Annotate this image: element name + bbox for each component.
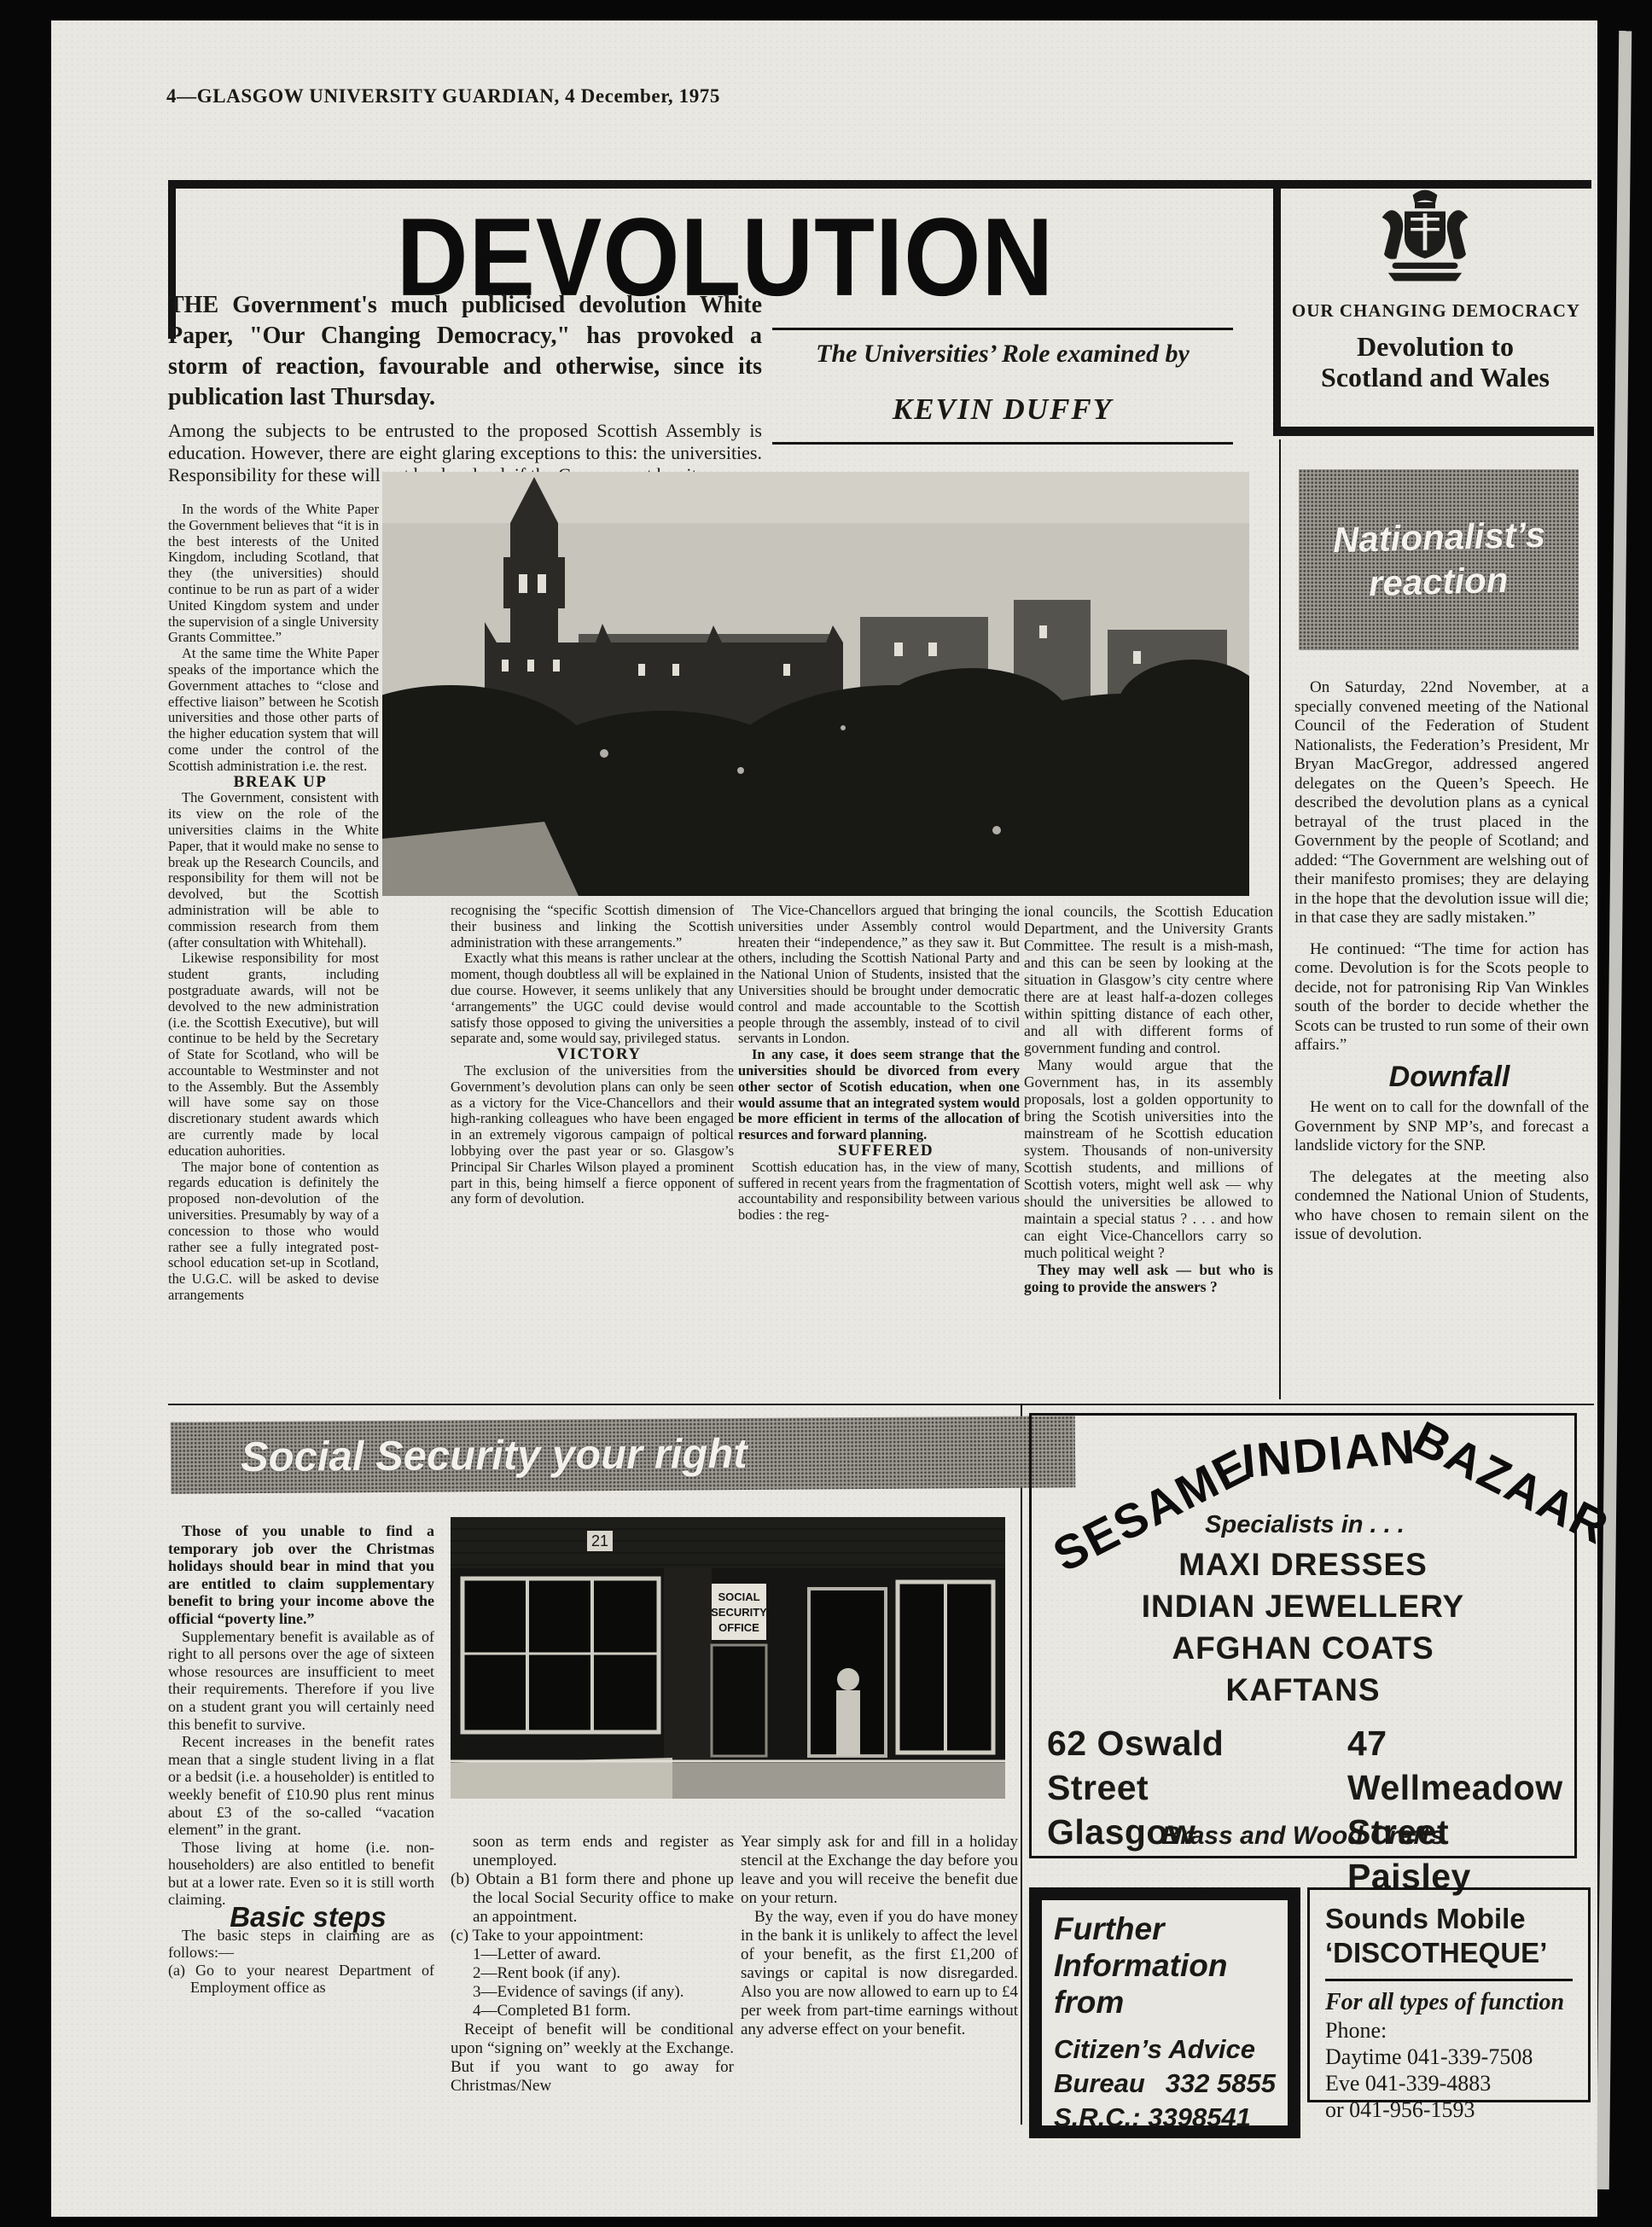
crest-label: OUR CHANGING DEMOCRACY xyxy=(1277,300,1595,322)
paragraph: Scottish education has, in the view of m… xyxy=(738,1160,1020,1224)
royal-crest-icon xyxy=(1374,186,1476,290)
ad-phone: or 041-956-1593 xyxy=(1325,2096,1573,2123)
ad-phone: Eve 041-339-4883 xyxy=(1325,2070,1573,2096)
photo-street-number: 21 xyxy=(591,1532,608,1550)
ad-title-line: from xyxy=(1054,1984,1276,2021)
sidebar-left-rule xyxy=(1279,439,1281,1399)
ad-arc-word: INDIAN xyxy=(1240,1418,1419,1489)
svg-text:SOCIAL: SOCIAL xyxy=(718,1590,759,1603)
ad-src-line: S.R.C.: 3398541 xyxy=(1054,2101,1276,2135)
paragraph: Recent increases in the benefit rates me… xyxy=(168,1733,434,1839)
ad-item: KAFTANS xyxy=(1032,1669,1574,1711)
ad-phone-line: Bureau 332 5855 xyxy=(1054,2067,1276,2101)
section-heading-suffered: SUFFERED xyxy=(738,1143,1020,1160)
paragraph: He went on to call for the downfall of t… xyxy=(1294,1098,1589,1156)
ad-divider-rule xyxy=(1325,1979,1573,1981)
paragraph: He continued: “The time for action has c… xyxy=(1294,940,1589,1055)
paragraph: The Vice-Chancellors argued that bringin… xyxy=(738,903,1020,1047)
article-column-2: recognising the “specific Scottish dimen… xyxy=(451,903,734,1207)
paragraph: The major bone of contention as regards … xyxy=(168,1160,379,1304)
paragraph: In the words of the White Paper the Gove… xyxy=(168,502,379,646)
paragraph: The basic steps in claiming are as follo… xyxy=(168,1927,434,1962)
ad-item: AFGHAN COATS xyxy=(1032,1627,1574,1669)
newspaper-page: 4—GLASGOW UNIVERSITY GUARDIAN, 4 Decembe… xyxy=(0,0,1652,2227)
svg-text:SECURITY: SECURITY xyxy=(711,1606,767,1619)
ad-footer-line: Brass and Wood Crafts xyxy=(1032,1822,1574,1851)
checklist-item: 4—Completed B1 form. xyxy=(451,2002,734,2021)
ad-specialists-line: Specialists in . . . xyxy=(1160,1511,1450,1539)
office-sign: SOCIAL SECURITY OFFICE xyxy=(711,1584,767,1640)
svg-text:OFFICE: OFFICE xyxy=(718,1621,759,1634)
nationalists-reaction-box: Nationalist’s reaction xyxy=(1299,469,1579,650)
sesame-indian-bazaar-ad: SESAME INDIAN BAZAAR Specialists in . . … xyxy=(1029,1413,1577,1858)
ad-title-line: ‘DISCOTHEQUE’ xyxy=(1325,1936,1573,1970)
paragraph: ional councils, the Scottish Education D… xyxy=(1024,903,1273,1056)
section-heading-downfall: Downfall xyxy=(1294,1067,1589,1087)
social-column-3: Year simply ask for and fill in a holida… xyxy=(741,1833,1018,2039)
paragraph: The delegates at the meeting also condem… xyxy=(1294,1168,1589,1245)
ad-tagline: For all types of function xyxy=(1325,1988,1573,2017)
crest-bottom-rule xyxy=(1273,427,1594,436)
paragraph: By the way, even if you do have money in… xyxy=(741,1908,1018,2039)
section-heading-basic-steps: Basic steps xyxy=(168,1909,434,1927)
paragraph-bold: They may well ask — but who is going to … xyxy=(1024,1261,1273,1295)
discotheque-ad: Sounds Mobile ‘DISCOTHEQUE’ For all type… xyxy=(1307,1887,1591,2102)
checklist-item: 3—Evidence of savings (if any). xyxy=(451,1983,734,2002)
ad-title-line: Further xyxy=(1054,1910,1276,1947)
crest-title: Devolution to Scotland and Wales xyxy=(1303,331,1568,392)
paragraph: Many would argue that the Government has… xyxy=(1024,1056,1273,1261)
checklist-item: 2—Rent book (if any). xyxy=(451,1964,734,1983)
ad-item: INDIAN JEWELLERY xyxy=(1032,1585,1574,1627)
section-divider-rule xyxy=(168,1404,1594,1405)
byline-top-rule xyxy=(772,328,1233,330)
byline-pre: The Universities’ Role examined by xyxy=(764,340,1242,369)
paragraph: Receipt of benefit will be conditional u… xyxy=(451,2021,734,2096)
citizens-advice-ad: Further Information from Citizen’s Advic… xyxy=(1029,1887,1300,2138)
social-column-2: soon as term ends and register as unempl… xyxy=(451,1833,734,2096)
ad-item: MAXI DRESSES xyxy=(1032,1544,1574,1585)
paragraph: Supplementary benefit is available as of… xyxy=(168,1628,434,1734)
article-column-3: The Vice-Chancellors argued that bringin… xyxy=(738,903,1020,1224)
ad-title-line: Information xyxy=(1054,1947,1276,1984)
social-column-1: Those of you unable to find a temporary … xyxy=(168,1522,434,1997)
article-column-4: ional councils, the Scottish Education D… xyxy=(1024,903,1273,1295)
paragraph: Exactly what this means is rather unclea… xyxy=(451,951,734,1047)
nationalists-reaction-title-line2: reaction xyxy=(1369,558,1509,606)
ad-address-paisley: 47 Wellmeadow Street Paisley xyxy=(1347,1721,1569,1898)
step-a-continued: soon as term ends and register as unempl… xyxy=(451,1833,734,1870)
torn-edge xyxy=(1597,31,1632,2189)
ad-item-list: MAXI DRESSES INDIAN JEWELLERY AFGHAN COA… xyxy=(1032,1544,1574,1711)
step-b: (b) Obtain a B1 form there and phone up … xyxy=(451,1870,734,1927)
paragraph: recognising the “specific Scottish dimen… xyxy=(451,903,734,951)
ad-title-line: Sounds Mobile xyxy=(1325,1902,1573,1936)
social-security-banner: Social Security your right xyxy=(171,1416,1076,1493)
section-heading-victory: VICTORY xyxy=(451,1047,734,1063)
paragraph: The Government, consistent with its view… xyxy=(168,790,379,951)
social-security-office-photo: 21 SOCIAL SECURITY OFFICE xyxy=(451,1517,1005,1799)
section-heading-break-up: BREAK UP xyxy=(168,775,379,791)
paragraph: Year simply ask for and fill in a holida… xyxy=(741,1833,1018,1908)
paragraph-bold: Those of you unable to find a temporary … xyxy=(168,1522,434,1628)
checklist-item: 1—Letter of award. xyxy=(451,1945,734,1964)
nationalists-reaction-title-line1: Nationalist’s xyxy=(1332,513,1545,562)
step-a: (a) Go to your nearest Department of Emp… xyxy=(168,1962,434,1997)
lead-paragraph-bold: THE Government's much publicised devolut… xyxy=(168,290,762,413)
paragraph: Those living at home (i.e. non-household… xyxy=(168,1839,434,1909)
masthead: 4—GLASGOW UNIVERSITY GUARDIAN, 4 Decembe… xyxy=(166,85,720,108)
university-skyline-photo xyxy=(382,472,1249,896)
ad-org-line: Citizen’s Advice xyxy=(1054,2032,1276,2067)
paragraph: On Saturday, 22nd November, at a special… xyxy=(1294,678,1589,928)
byline-author: KEVIN DUFFY xyxy=(764,392,1242,427)
article-column-1: In the words of the White Paper the Gove… xyxy=(168,502,379,1304)
paragraph: Likewise responsibility for most student… xyxy=(168,951,379,1159)
ad-phone-label: Phone: xyxy=(1325,2017,1573,2044)
byline-bottom-rule xyxy=(772,442,1233,445)
paragraph-bold: In any case, it does seem strange that t… xyxy=(738,1047,1020,1143)
paragraph: At the same time the White Paper speaks … xyxy=(168,646,379,774)
ads-left-rule xyxy=(1021,1404,1022,2125)
step-c: (c) Take to your appointment: xyxy=(451,1927,734,1945)
sidebar-article: On Saturday, 22nd November, at a special… xyxy=(1294,678,1589,1257)
ad-phone: Daytime 041-339-7508 xyxy=(1325,2044,1573,2070)
paragraph: The exclusion of the universities from t… xyxy=(451,1063,734,1207)
